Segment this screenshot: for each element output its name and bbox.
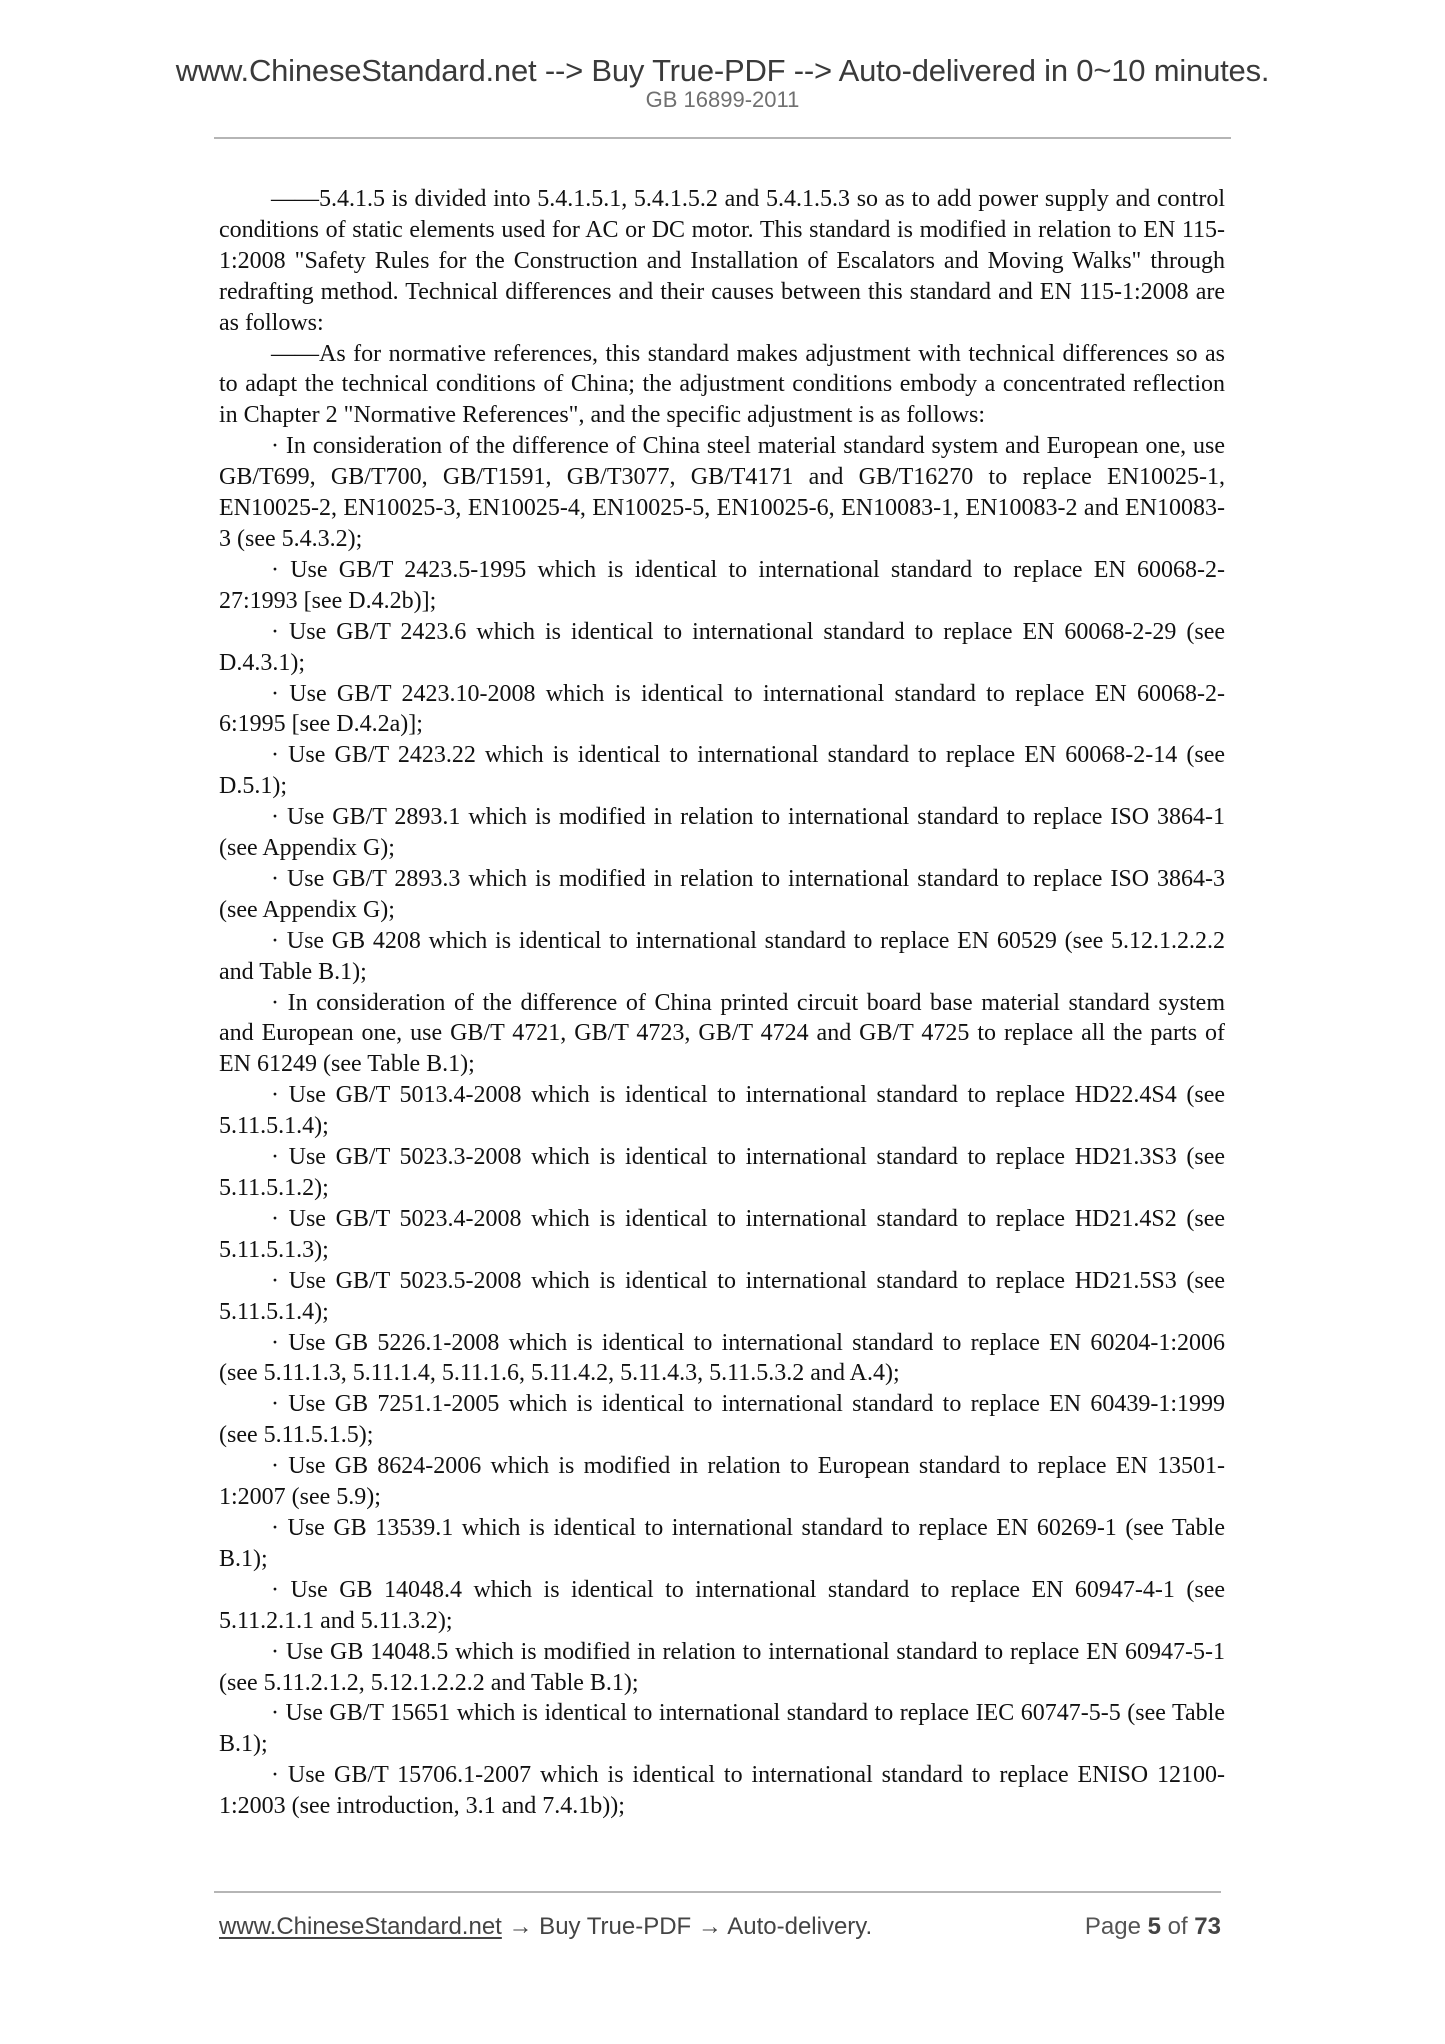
- list-item: · Use GB/T 2893.3 which is modified in r…: [219, 864, 1225, 926]
- list-item: · Use GB 8624-2006 which is modified in …: [219, 1451, 1225, 1513]
- list-item: · Use GB 14048.5 which is modified in re…: [219, 1637, 1225, 1699]
- document-id: GB 16899-2011: [0, 88, 1445, 112]
- list-item: · Use GB/T 2893.1 which is modified in r…: [219, 802, 1225, 864]
- page-of-label: of: [1161, 1913, 1194, 1940]
- footer-promo-text: → Buy True-PDF → Auto-delivery.: [502, 1913, 872, 1940]
- banner-text: --> Buy True-PDF --> Auto-delivered in 0…: [536, 53, 1269, 88]
- banner-site-link[interactable]: www.ChineseStandard.net: [176, 53, 537, 88]
- paragraph: ——5.4.1.5 is divided into 5.4.1.5.1, 5.4…: [219, 184, 1225, 339]
- list-item: · Use GB 5226.1-2008 which is identical …: [219, 1328, 1225, 1390]
- list-item: · In consideration of the difference of …: [219, 988, 1225, 1081]
- list-item: · Use GB 7251.1-2005 which is identical …: [219, 1389, 1225, 1451]
- list-item: · Use GB/T 5023.3-2008 which is identica…: [219, 1142, 1225, 1204]
- current-page: 5: [1148, 1913, 1161, 1940]
- total-pages: 73: [1194, 1913, 1221, 1940]
- list-item: · In consideration of the difference of …: [219, 431, 1225, 555]
- list-item: · Use GB/T 5023.5-2008 which is identica…: [219, 1266, 1225, 1328]
- list-item: · Use GB/T 5013.4-2008 which is identica…: [219, 1080, 1225, 1142]
- document-body: ——5.4.1.5 is divided into 5.4.1.5.1, 5.4…: [219, 184, 1225, 1822]
- list-item: · Use GB 13539.1 which is identical to i…: [219, 1513, 1225, 1575]
- list-item: · Use GB/T 2423.6 which is identical to …: [219, 617, 1225, 679]
- page-footer: www.ChineseStandard.net → Buy True-PDF →…: [219, 1912, 1225, 1942]
- list-item: · Use GB/T 5023.4-2008 which is identica…: [219, 1204, 1225, 1266]
- list-item: · Use GB/T 2423.10-2008 which is identic…: [219, 679, 1225, 741]
- header-divider: [214, 137, 1231, 139]
- list-item: · Use GB 4208 which is identical to inte…: [219, 926, 1225, 988]
- list-item: · Use GB 14048.4 which is identical to i…: [219, 1575, 1225, 1637]
- footer-promo: www.ChineseStandard.net → Buy True-PDF →…: [219, 1912, 872, 1942]
- footer-site-link[interactable]: www.ChineseStandard.net: [219, 1913, 502, 1940]
- list-item: · Use GB/T 2423.5-1995 which is identica…: [219, 555, 1225, 617]
- list-item: · Use GB/T 15651 which is identical to i…: [219, 1698, 1225, 1760]
- list-item: · Use GB/T 15706.1-2007 which is identic…: [219, 1760, 1225, 1822]
- page-number: Page 5 of 73: [1085, 1912, 1221, 1942]
- site-banner: www.ChineseStandard.net --> Buy True-PDF…: [0, 54, 1445, 88]
- paragraph: ——As for normative references, this stan…: [219, 339, 1225, 432]
- list-item: · Use GB/T 2423.22 which is identical to…: [219, 740, 1225, 802]
- page-label: Page: [1085, 1913, 1148, 1940]
- footer-divider: [214, 1891, 1221, 1893]
